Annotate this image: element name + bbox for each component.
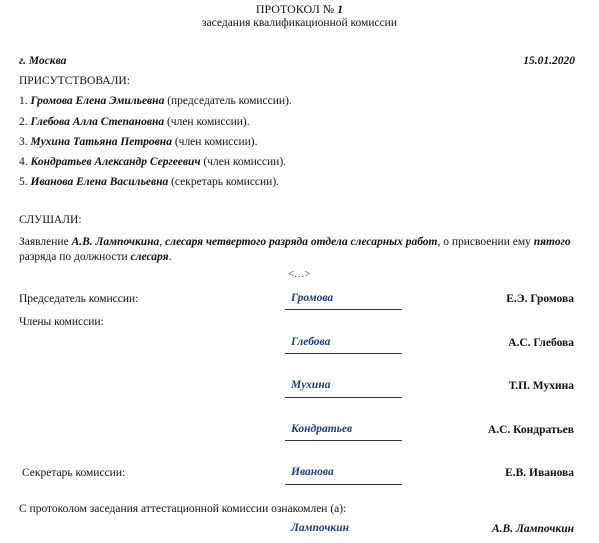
present-heading: ПРИСУТСТВОВАЛИ: — [19, 75, 130, 87]
acknowledgement-name: А.В. Лампочкин — [492, 523, 574, 535]
signature-line — [285, 397, 402, 398]
acknowledgement-text: С протоколом заседания аттестационной ко… — [19, 503, 346, 515]
omission-mark: <…> — [288, 269, 310, 280]
member-item: 4. Кондратьев Александр Сергеевич (член … — [19, 156, 286, 168]
title-text: ПРОТОКОЛ № — [256, 2, 334, 16]
heard-paragraph: Заявление А.В. Лампочкина, слесаря четве… — [19, 235, 579, 265]
signer-name: Т.П. Мухина — [509, 380, 574, 392]
secretary-label: Секретарь комиссии: — [22, 467, 125, 479]
signature: Громова — [291, 292, 333, 304]
signer-name: Е.Э. Громова — [506, 293, 574, 305]
signature: Мухина — [291, 379, 330, 391]
chair-label: Председатель комиссии: — [19, 293, 138, 305]
protocol-number: 1 — [337, 2, 343, 16]
signature-line — [285, 440, 402, 441]
heard-heading: СЛУШАЛИ: — [19, 214, 82, 226]
signature: Глебова — [291, 336, 330, 348]
document-subtitle: заседания квалификационной комиссии — [0, 17, 599, 29]
signature-line — [285, 484, 402, 485]
signer-name: А.С. Глебова — [508, 337, 574, 349]
member-item: 5. Иванова Елена Васильевна (секретарь к… — [19, 176, 279, 188]
member-item: 1. Громова Елена Эмильевна (председатель… — [19, 95, 292, 107]
signature: Кондратьев — [291, 423, 352, 435]
acknowledgement-signature: Лампочкин — [291, 522, 349, 534]
member-item: 3. Мухина Татьяна Петровна (член комисси… — [19, 136, 258, 148]
city: г. Москва — [19, 55, 66, 67]
members-label: Члены комиссии: — [19, 316, 104, 328]
signature: Иванова — [291, 466, 334, 478]
date: 15.01.2020 — [523, 55, 575, 67]
signer-name: А.С. Кондратьев — [488, 424, 574, 436]
signature-line — [285, 353, 402, 354]
document-title: ПРОТОКОЛ № 1 — [0, 2, 599, 17]
signer-name: Е.В. Иванова — [505, 467, 574, 479]
member-item: 2. Глебова Алла Степановна (член комисси… — [19, 116, 250, 128]
signature-line — [285, 309, 402, 310]
